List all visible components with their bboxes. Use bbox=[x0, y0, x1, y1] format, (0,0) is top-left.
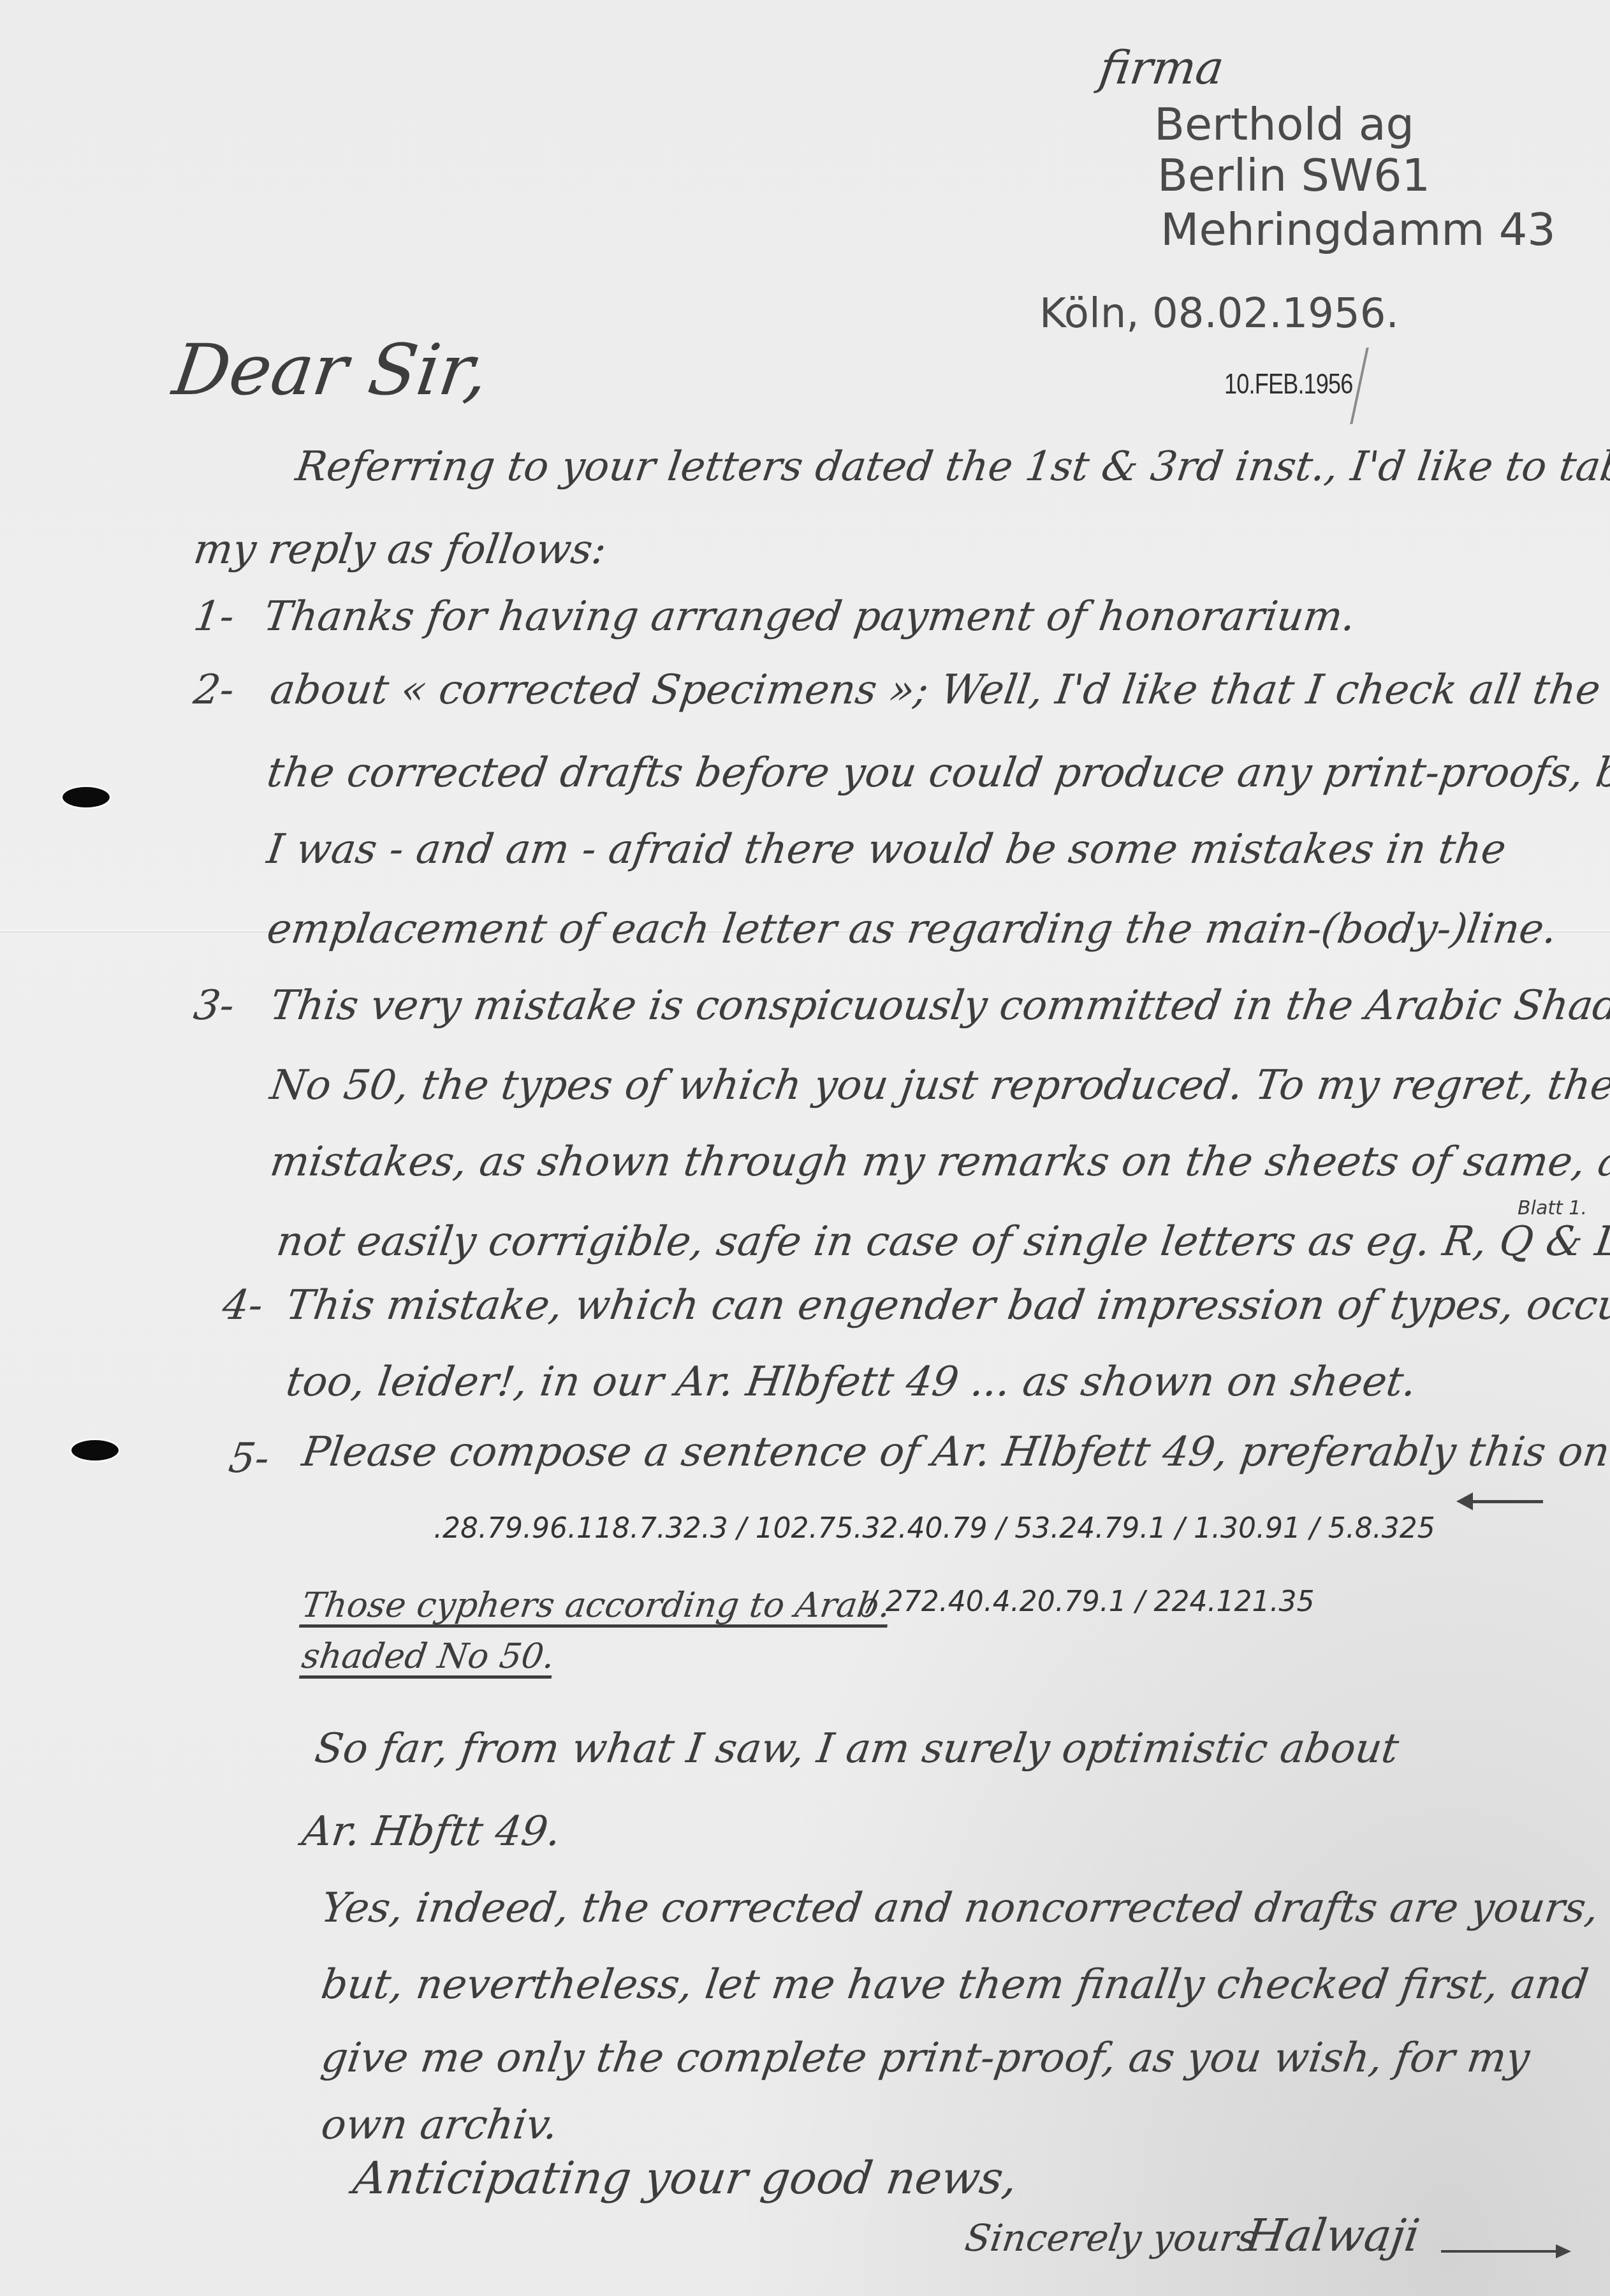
point-2-line-4: emplacement of each letter as regarding … bbox=[265, 909, 1560, 950]
point-5-number: 5- bbox=[226, 1438, 272, 1479]
point-4-number: 4- bbox=[220, 1285, 265, 1326]
cypher-line-2: / 272.40.4.20.79.1 / 224.121.35 bbox=[867, 1588, 1314, 1616]
initial-mark bbox=[1350, 348, 1414, 424]
signoff: Sincerely yours bbox=[963, 2219, 1259, 2256]
margin-note-blatt: Blatt 1. bbox=[1518, 1199, 1587, 1218]
point-2-line-3: I was - and am - afraid there would be s… bbox=[265, 829, 1509, 870]
left-arrow-icon bbox=[1460, 1500, 1543, 1503]
so-far-line-2: Ar. Hbftt 49. bbox=[300, 1811, 563, 1852]
punch-hole-bottom bbox=[71, 1440, 119, 1461]
point-2-number: 2- bbox=[191, 670, 237, 710]
point-1-number: 1- bbox=[191, 596, 237, 637]
salutation: Dear Sir, bbox=[169, 335, 493, 405]
point-5-line-1: Please compose a sentence of Ar. Hlbfett… bbox=[300, 1432, 1610, 1473]
signature-flourish bbox=[1441, 2250, 1562, 2253]
yes-line-3: give me only the complete print-proof, a… bbox=[319, 2038, 1532, 2079]
point-3-line-1: This very mistake is conspicuously commi… bbox=[268, 985, 1610, 1026]
punch-hole-top bbox=[62, 787, 110, 807]
place-date: Köln, 08.02.1956. bbox=[1039, 293, 1399, 334]
cypher-note-line-1: Those cyphers according to Arab. bbox=[300, 1588, 893, 1623]
address-line-2: Berthold ag bbox=[1154, 102, 1414, 147]
address-line-1: firma bbox=[1097, 45, 1227, 91]
closing-line: Anticipating your good news, bbox=[351, 2156, 1020, 2200]
cypher-line-1: .28.79.96.118.7.32.3 / 102.75.32.40.79 /… bbox=[434, 1515, 1435, 1543]
yes-line-4: own archiv. bbox=[319, 2105, 560, 2145]
point-4-line-2: too, leider!, in our Ar. Hlbfett 49 ... … bbox=[284, 1362, 1419, 1402]
address-line-4: Mehringdamm 43 bbox=[1160, 207, 1556, 252]
point-3-number: 3- bbox=[191, 985, 237, 1026]
letter-page: firma Berthold ag Berlin SW61 Mehringdam… bbox=[0, 0, 1610, 2296]
yes-line-1: Yes, indeed, the corrected and noncorrec… bbox=[319, 1888, 1601, 1929]
point-1-line-1: Thanks for having arranged payment of ho… bbox=[261, 596, 1358, 637]
point-3-line-4: not easily corrigible, safe in case of s… bbox=[274, 1221, 1610, 1262]
cypher-note-line-2: shaded No 50. bbox=[300, 1639, 557, 1674]
intro-line-1: Referring to your letters dated the 1st … bbox=[293, 446, 1610, 487]
so-far-line-1: So far, from what I saw, I am surely opt… bbox=[312, 1728, 1401, 1769]
address-line-3: Berlin SW61 bbox=[1157, 153, 1430, 198]
point-3-line-3: mistakes, as shown through my remarks on… bbox=[268, 1142, 1610, 1182]
yes-line-2: but, nevertheless, let me have them fina… bbox=[319, 1964, 1591, 2005]
point-2-line-1: about « corrected Specimens »; Well, I'd… bbox=[268, 670, 1603, 710]
point-4-line-1: This mistake, which can engender bad imp… bbox=[284, 1285, 1610, 1326]
point-2-line-2: the corrected drafts before you could pr… bbox=[265, 753, 1610, 793]
received-date-stamp: 10.FEB.1956 bbox=[1224, 369, 1353, 401]
intro-line-2: my reply as follows: bbox=[191, 529, 609, 570]
point-3-line-2: No 50, the types of which you just repro… bbox=[268, 1065, 1610, 1106]
signature: Halwaji bbox=[1243, 2213, 1423, 2258]
